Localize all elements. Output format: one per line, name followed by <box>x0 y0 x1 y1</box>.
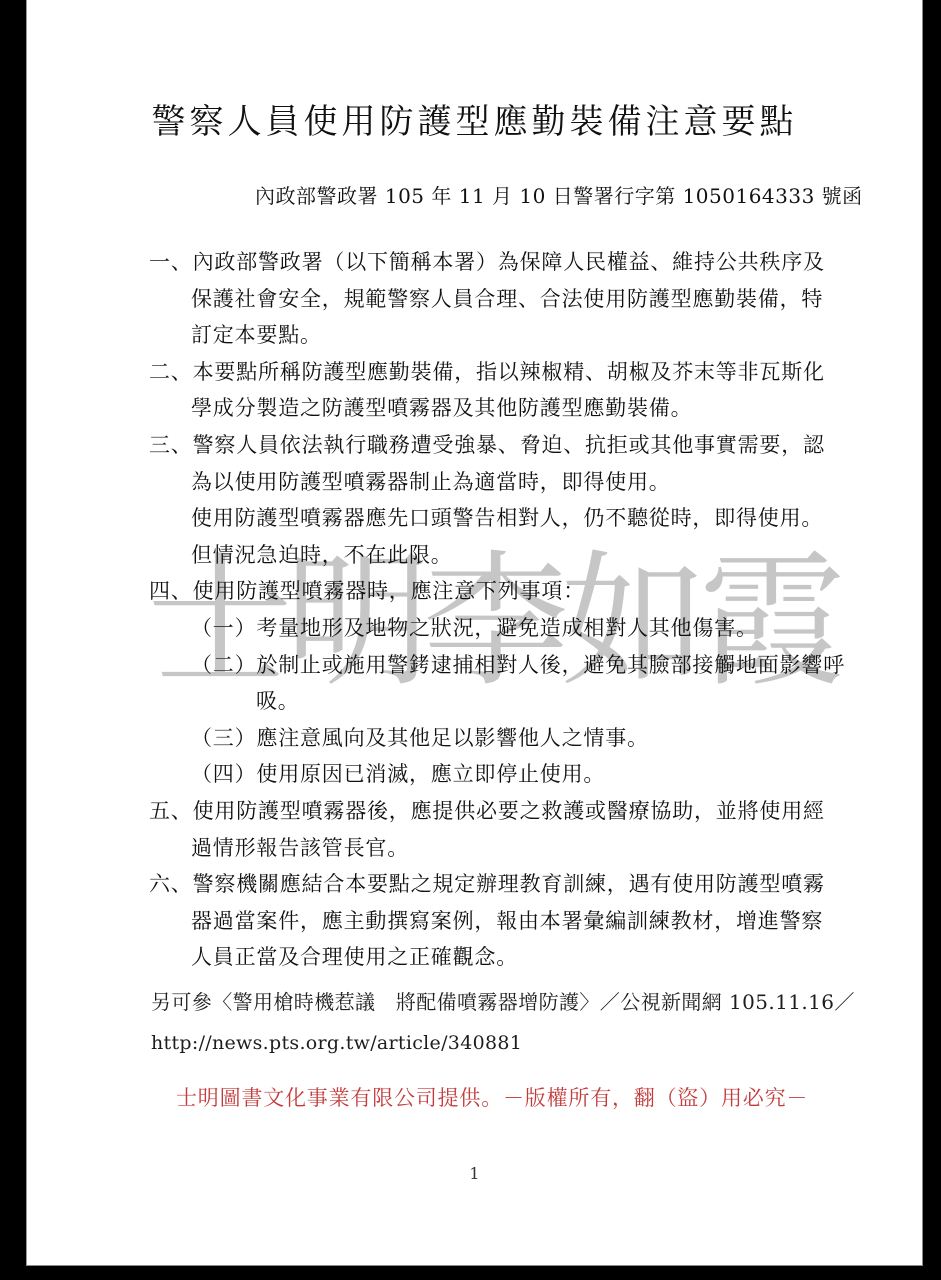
body-line: 器過當案件，應主動撰寫案例，報由本署彙編訓練教材，增進警察 <box>27 903 922 940</box>
black-frame: 士明李如霞 警察人員使用防護型應勤裝備注意要點 內政部警政署 105 年 11 … <box>0 0 941 1280</box>
body-line: 三、警察人員依法執行職務遭受強暴、脅迫、抗拒或其他事實需要，認 <box>27 427 922 464</box>
body-line: 六、警察機關應結合本要點之規定辦理教育訓練，遇有使用防護型噴霧 <box>27 866 922 903</box>
body-line: 吸。 <box>27 683 922 720</box>
body-line: 訂定本要點。 <box>27 317 922 354</box>
body-line: 二、本要點所稱防護型應勤裝備，指以辣椒精、胡椒及芥末等非瓦斯化 <box>27 354 922 391</box>
body-line: 為以使用防護型噴霧器制止為適當時，即得使用。 <box>27 464 922 501</box>
document-title: 警察人員使用防護型應勤裝備注意要點 <box>27 94 922 143</box>
document-page: 士明李如霞 警察人員使用防護型應勤裝備注意要點 內政部警政署 105 年 11 … <box>26 0 923 1266</box>
body-line: 五、使用防護型噴霧器後，應提供必要之救護或醫療協助，並將使用經 <box>27 793 922 830</box>
reference-url: http://news.pts.org.tw/article/340881 <box>151 1032 522 1054</box>
body-line: 一、內政部警政署（以下簡稱本署）為保障人民權益、維持公共秩序及 <box>27 244 922 281</box>
body-line: （二）於制止或施用警銬逮捕相對人後，避免其臉部接觸地面影響呼 <box>27 647 922 684</box>
body-line: 過情形報告該管長官。 <box>27 830 922 867</box>
body-line: 學成分製造之防護型噴霧器及其他防護型應勤裝備。 <box>27 390 922 427</box>
document-subtitle: 內政部警政署 105 年 11 月 10 日警署行字第 1050164333 號… <box>255 180 863 209</box>
body-line: 但情況急迫時，不在此限。 <box>27 537 922 574</box>
reference-line: 另可參〈警用槍時機惹議 將配備噴霧器增防護〉／公視新聞網 105.11.16／ <box>151 986 855 1015</box>
body-line: 人員正當及合理使用之正確觀念。 <box>27 939 922 976</box>
copyright-line: 士明圖書文化事業有限公司提供。－版權所有，翻（盜）用必究－ <box>176 1082 808 1112</box>
body-line: （一）考量地形及地物之狀況，避免造成相對人其他傷害。 <box>27 610 922 647</box>
body-line: 四、使用防護型噴霧器時，應注意下列事項： <box>27 573 922 610</box>
body-line: 使用防護型噴霧器應先口頭警告相對人，仍不聽從時，即得使用。 <box>27 500 922 537</box>
body-line: （四）使用原因已消滅，應立即停止使用。 <box>27 756 922 793</box>
body-text: 一、內政部警政署（以下簡稱本署）為保障人民權益、維持公共秩序及保護社會安全，規範… <box>27 244 922 976</box>
body-line: 保護社會安全，規範警察人員合理、合法使用防護型應勤裝備，特 <box>27 281 922 318</box>
body-line: （三）應注意風向及其他足以影響他人之情事。 <box>27 720 922 757</box>
page-number: 1 <box>27 1164 922 1183</box>
